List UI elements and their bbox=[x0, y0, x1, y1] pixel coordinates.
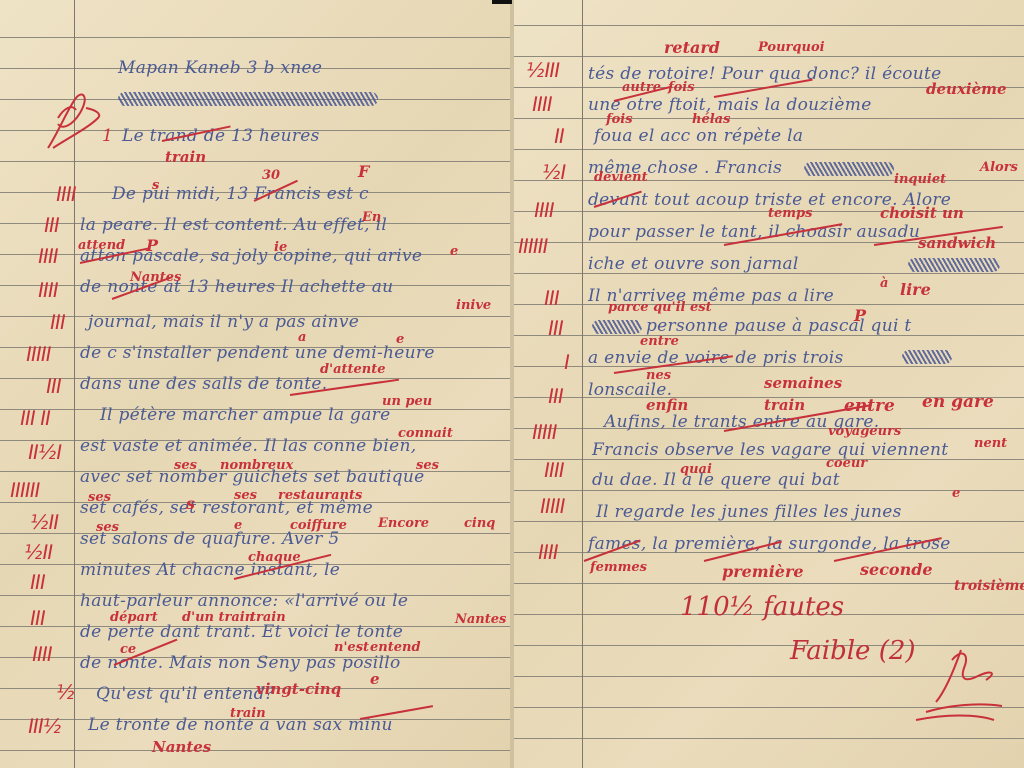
error-tally: ½I bbox=[540, 160, 568, 184]
correction: d'attente bbox=[320, 362, 386, 377]
correction: vingt-cinq bbox=[256, 680, 341, 698]
text-line: de perte dant trant. Et voici le tonte bbox=[80, 622, 403, 642]
correction: P bbox=[854, 306, 866, 325]
correction: restaurants bbox=[278, 488, 362, 503]
correction: ie bbox=[274, 240, 287, 255]
error-count: 110½ fautes bbox=[680, 592, 844, 622]
correction: coiffure bbox=[290, 518, 347, 533]
error-tally: II bbox=[552, 124, 566, 148]
correction: attend bbox=[78, 238, 125, 253]
correction: P bbox=[146, 236, 158, 255]
correction: coeur bbox=[826, 456, 867, 471]
error-tally: IIIII bbox=[24, 342, 53, 366]
correction: ses bbox=[416, 458, 439, 473]
correction: e bbox=[450, 244, 458, 259]
correction: à bbox=[880, 276, 888, 291]
correction: e bbox=[396, 332, 404, 347]
correction: s bbox=[186, 494, 195, 513]
correction: retard bbox=[664, 38, 720, 57]
correction: un peu bbox=[382, 394, 432, 409]
error-tally: IIII bbox=[36, 278, 60, 302]
correction: inive bbox=[456, 298, 491, 313]
correction: connait bbox=[398, 426, 453, 441]
correction: 30 bbox=[262, 168, 280, 183]
text-line: foua el acc on répète la bbox=[594, 126, 803, 146]
correction: train bbox=[764, 396, 805, 414]
scratched-out-text bbox=[908, 258, 1000, 272]
error-tally: IIII bbox=[30, 642, 54, 666]
strike-mark bbox=[360, 705, 433, 720]
error-tally: III bbox=[48, 310, 67, 334]
correction: a bbox=[298, 330, 306, 345]
text-line: Francis observe les vagare qui viennent bbox=[592, 440, 948, 460]
correction: ses bbox=[96, 520, 119, 535]
final-mark: Faible (2) bbox=[790, 636, 916, 666]
student-name: Mapan Kaneb 3 b xnee bbox=[118, 58, 322, 78]
scratched-out-text bbox=[592, 320, 642, 334]
error-tally: IIII bbox=[530, 92, 554, 116]
correction: départ bbox=[110, 610, 158, 625]
text-line: dans une des salls de tonte. bbox=[80, 374, 327, 394]
correction: devient bbox=[594, 170, 648, 185]
text-line: journal, mais il n'y a pas ainve bbox=[88, 312, 359, 332]
text-line: Il pétère marcher ampue la gare bbox=[100, 405, 390, 425]
correction: nes bbox=[646, 368, 671, 383]
text-line: la peare. Il est content. Au effet, il bbox=[80, 215, 387, 235]
correction: ses bbox=[88, 490, 111, 505]
correction: enfin bbox=[646, 396, 688, 414]
text-line: de c s'installer pendent une demi-heure bbox=[80, 343, 435, 363]
error-tally: III bbox=[42, 213, 61, 237]
correction: seconde bbox=[860, 560, 933, 579]
correction: lire bbox=[900, 280, 931, 299]
correction: nent bbox=[974, 436, 1007, 451]
correction: ses bbox=[174, 458, 197, 473]
correction: troisième bbox=[954, 578, 1024, 594]
error-tally: IIIII bbox=[538, 494, 567, 518]
text-line: haut-parleur annonce: «l'arrivé ou le bbox=[80, 591, 408, 611]
text-line: iche et ouvre son jarnal bbox=[588, 254, 799, 274]
correction: deuxième bbox=[926, 80, 1007, 98]
text-line: du dae. Il a le quere qui bat bbox=[592, 470, 840, 490]
correction: En bbox=[362, 210, 381, 225]
correction: Pourquoi bbox=[758, 40, 825, 55]
correction: semaines bbox=[764, 374, 842, 392]
teacher-signature-icon bbox=[906, 640, 1016, 730]
correction: cinq bbox=[464, 516, 495, 531]
correction: Nantes bbox=[152, 738, 211, 756]
correction: quai bbox=[680, 462, 712, 477]
correction: parce qu'il est bbox=[608, 300, 712, 315]
correction: F bbox=[358, 162, 369, 181]
correction: e bbox=[370, 670, 380, 688]
text-line: Qu'est qu'il entend? bbox=[96, 684, 274, 704]
error-tally: IIIII bbox=[530, 420, 559, 444]
correction: train bbox=[230, 706, 266, 721]
teacher-initials-icon bbox=[28, 78, 108, 158]
error-tally: II½I bbox=[26, 440, 63, 464]
text-line: Il regarde les junes filles les junes bbox=[596, 502, 902, 522]
correction: femmes bbox=[590, 560, 647, 575]
error-tally: ½II bbox=[28, 510, 60, 534]
left-page: Mapan Kaneb 3 b xnee 1 Le trand de 13 he… bbox=[0, 0, 512, 768]
error-tally: III II bbox=[18, 406, 52, 430]
error-tally: III bbox=[546, 316, 565, 340]
correction: ses bbox=[234, 488, 257, 503]
correction: en gare bbox=[922, 392, 994, 412]
error-tally: III bbox=[28, 570, 47, 594]
correction: Nantes bbox=[455, 612, 506, 627]
error-tally: IIII bbox=[532, 198, 556, 222]
error-tally: IIIIII bbox=[516, 234, 550, 258]
error-tally: IIII bbox=[36, 244, 60, 268]
error-tally: IIII bbox=[536, 540, 560, 564]
correction: e bbox=[234, 518, 242, 533]
error-tally: III bbox=[44, 374, 63, 398]
correction: Alors bbox=[980, 160, 1018, 175]
error-tally: III bbox=[542, 286, 561, 310]
error-tally: I bbox=[562, 350, 571, 374]
margin-line bbox=[582, 0, 583, 768]
correction: s bbox=[152, 178, 159, 193]
correction: n'est bbox=[334, 640, 369, 655]
correction: entend bbox=[370, 640, 421, 655]
error-tally: IIIIII bbox=[8, 478, 42, 502]
error-tally: III½ bbox=[26, 714, 63, 738]
correction: temps bbox=[768, 206, 812, 221]
correction: première bbox=[722, 562, 804, 581]
error-tally: III bbox=[28, 606, 47, 630]
text-line: personne pause à pascal qui t bbox=[646, 316, 912, 336]
correction: choisit un bbox=[880, 204, 964, 222]
correction: train bbox=[165, 148, 206, 166]
correction: entre bbox=[640, 334, 679, 349]
title-number: 1 bbox=[102, 126, 113, 146]
correction: train bbox=[250, 610, 286, 625]
scratched-out-text bbox=[902, 350, 952, 364]
text-line: atton pascale, sa joly copine, qui arive bbox=[80, 246, 422, 266]
correction: voyageurs bbox=[828, 424, 901, 439]
error-tally: IIII bbox=[542, 458, 566, 482]
scan-edge bbox=[492, 0, 512, 4]
error-tally: III bbox=[546, 384, 565, 408]
text-line: De pui midi, 13 Francis est c bbox=[112, 184, 369, 204]
correction: e bbox=[952, 486, 960, 501]
correction: fois bbox=[606, 112, 633, 127]
correction: Encore bbox=[378, 516, 429, 531]
scratched-out-text bbox=[804, 162, 894, 176]
correction: d'un train bbox=[182, 610, 254, 625]
error-tally: ½II bbox=[22, 540, 54, 564]
correction: nombreux bbox=[220, 458, 293, 473]
correction: inquiet bbox=[894, 172, 946, 187]
text-line: est vaste et animée. Il las conne bien, bbox=[80, 436, 416, 456]
error-tally: ½III bbox=[524, 58, 561, 82]
correction: hélas bbox=[692, 112, 730, 127]
right-page: tés de rotoire! Pour qua donc? il écoute… bbox=[514, 0, 1024, 768]
scratched-out-text bbox=[118, 92, 378, 106]
